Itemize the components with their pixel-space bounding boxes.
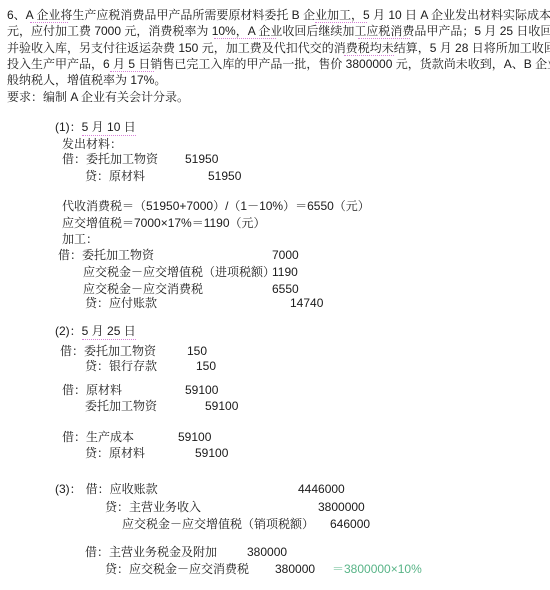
problem-line: 并验收入库，另支付往返运杂费 150 元，加工费及代扣代交的消费税均未结算，5 … bbox=[7, 41, 548, 56]
journal-line: 借：委托加工物资 7000 bbox=[58, 248, 154, 262]
journal-amount: 51950 bbox=[185, 152, 218, 166]
entry1-subtitle-processing: 加工： bbox=[62, 232, 98, 246]
journal-line: 委托加工物资 59100 bbox=[85, 399, 157, 413]
spellcheck-underline bbox=[214, 38, 276, 39]
journal-line: 借：主营业务税金及附加 380000 bbox=[85, 545, 217, 559]
entry1-heading-date: 5 月 10 日 bbox=[82, 120, 136, 136]
journal-amount: 59100 bbox=[178, 430, 211, 444]
journal-account-label: 借：主营业务税金及附加 bbox=[85, 545, 217, 559]
journal-account-label: 贷：主营业务收入 bbox=[105, 500, 201, 514]
journal-account-label: 贷：银行存款 bbox=[85, 359, 157, 373]
spellcheck-underline bbox=[344, 55, 394, 56]
problem-line: 般纳税人，增值税率为 17%。 bbox=[7, 73, 548, 88]
journal-account-label: 应交税金－应交增值税（销项税额） bbox=[122, 517, 314, 531]
journal-line: 借：原材料 59100 bbox=[62, 383, 122, 397]
journal-amount: 4446000 bbox=[298, 482, 345, 496]
journal-amount: 3800000 bbox=[318, 500, 365, 514]
journal-amount: 380000 bbox=[275, 562, 315, 576]
journal-account-label: 委托加工物资 bbox=[85, 399, 157, 413]
problem-line: 投入生产甲产品，6 月 5 日销售已完工入库的甲产品一批，售价 3800000 … bbox=[7, 57, 548, 72]
entry2-heading-date: 5 月 25 日 bbox=[82, 324, 136, 340]
journal-account-label: 应交税金－应交增值税（进项税额） bbox=[83, 265, 275, 279]
journal-line: 应交税金－应交增值税（进项税额） 1190 bbox=[83, 265, 275, 279]
spellcheck-underline bbox=[315, 22, 367, 23]
journal-line: 贷：原材料 59100 bbox=[85, 446, 145, 460]
journal-account-label: 借：应收账款 bbox=[86, 482, 158, 496]
calc-note-green: ＝3800000×10% bbox=[332, 562, 422, 576]
journal-amount: 380000 bbox=[247, 545, 287, 559]
journal-account-label: 借：原材料 bbox=[62, 383, 122, 397]
journal-line: (3)：借：应收账款 4446000 bbox=[55, 482, 158, 496]
journal-amount: 150 bbox=[187, 344, 207, 358]
entry1-subtitle-issue-materials: 发出材料： bbox=[62, 137, 122, 151]
journal-amount: 6550 bbox=[272, 282, 299, 296]
journal-amount: 1190 bbox=[272, 265, 298, 279]
journal-amount: 646000 bbox=[330, 517, 370, 531]
problem-line: 元，应付加工费 7000 元，消费税率为 10%，A 企业收回后继续加工应税消费… bbox=[7, 24, 548, 39]
requirement-line: 要求：编制 A 企业有关会计分录。 bbox=[7, 90, 548, 105]
journal-account-label: 贷：原材料 bbox=[85, 446, 145, 460]
journal-line: 应交税金－应交增值税（销项税额） 646000 bbox=[122, 517, 314, 531]
journal-line: 借：委托加工物资 51950 bbox=[62, 152, 158, 166]
entry2-heading-number: (2)： bbox=[55, 324, 82, 338]
journal-account-label: 应交税金－应交消费税 bbox=[83, 282, 203, 296]
spellcheck-underline bbox=[358, 38, 410, 39]
journal-account-label: 贷：应交税金－应交消费税 bbox=[105, 562, 249, 576]
journal-account-label: 贷：原材料 bbox=[85, 169, 145, 183]
journal-line: 贷：主营业务收入 3800000 bbox=[105, 500, 201, 514]
journal-line: 贷：原材料 51950 bbox=[85, 169, 145, 183]
entry1-heading: (1)：5 月 10 日 bbox=[55, 120, 136, 134]
entry2-heading: (2)：5 月 25 日 bbox=[55, 324, 136, 338]
journal-amount: 150 bbox=[196, 359, 216, 373]
spellcheck-underline bbox=[110, 71, 154, 72]
calc-line-vat: 应交增值税＝7000×17%＝1190（元） bbox=[62, 216, 266, 230]
journal-amount: 7000 bbox=[272, 248, 299, 262]
journal-account-label: 借：委托加工物资 bbox=[62, 152, 158, 166]
journal-amount: 59100 bbox=[205, 399, 238, 413]
journal-line: 贷：应交税金－应交消费税 380000 ＝3800000×10% bbox=[105, 562, 249, 576]
entry3-heading-number: (3)： bbox=[55, 482, 82, 496]
journal-line: 应交税金－应交消费税 6550 bbox=[83, 282, 203, 296]
journal-account-label: 贷：应付账款 bbox=[85, 296, 157, 310]
journal-amount: 59100 bbox=[195, 446, 228, 460]
journal-amount: 14740 bbox=[290, 296, 323, 310]
journal-account-label: 借：生产成本 bbox=[62, 430, 134, 444]
problem-line: 6、A 企业将生产应税消费品甲产品所需要原材料委托 B 企业加工，5 月 10 … bbox=[7, 8, 548, 23]
journal-amount: 51950 bbox=[208, 169, 241, 183]
spellcheck-underline bbox=[30, 22, 68, 23]
journal-amount: 59100 bbox=[185, 383, 218, 397]
journal-line: 贷：银行存款 150 bbox=[85, 359, 157, 373]
accounting-exercise-document: 6、A 企业将生产应税消费品甲产品所需要原材料委托 B 企业加工，5 月 10 … bbox=[0, 0, 550, 590]
journal-line: 贷：应付账款 14740 bbox=[85, 296, 157, 310]
journal-account-label: 借：委托加工物资 bbox=[58, 248, 154, 262]
journal-line: 借：委托加工物资 150 bbox=[60, 344, 156, 358]
journal-account-label: 借：委托加工物资 bbox=[60, 344, 156, 358]
journal-line: 借：生产成本 59100 bbox=[62, 430, 134, 444]
calc-line-consumption-tax: 代收消费税＝（51950+7000）/（1－10%）＝6550（元） bbox=[62, 199, 370, 213]
entry1-heading-number: (1)： bbox=[55, 120, 82, 134]
